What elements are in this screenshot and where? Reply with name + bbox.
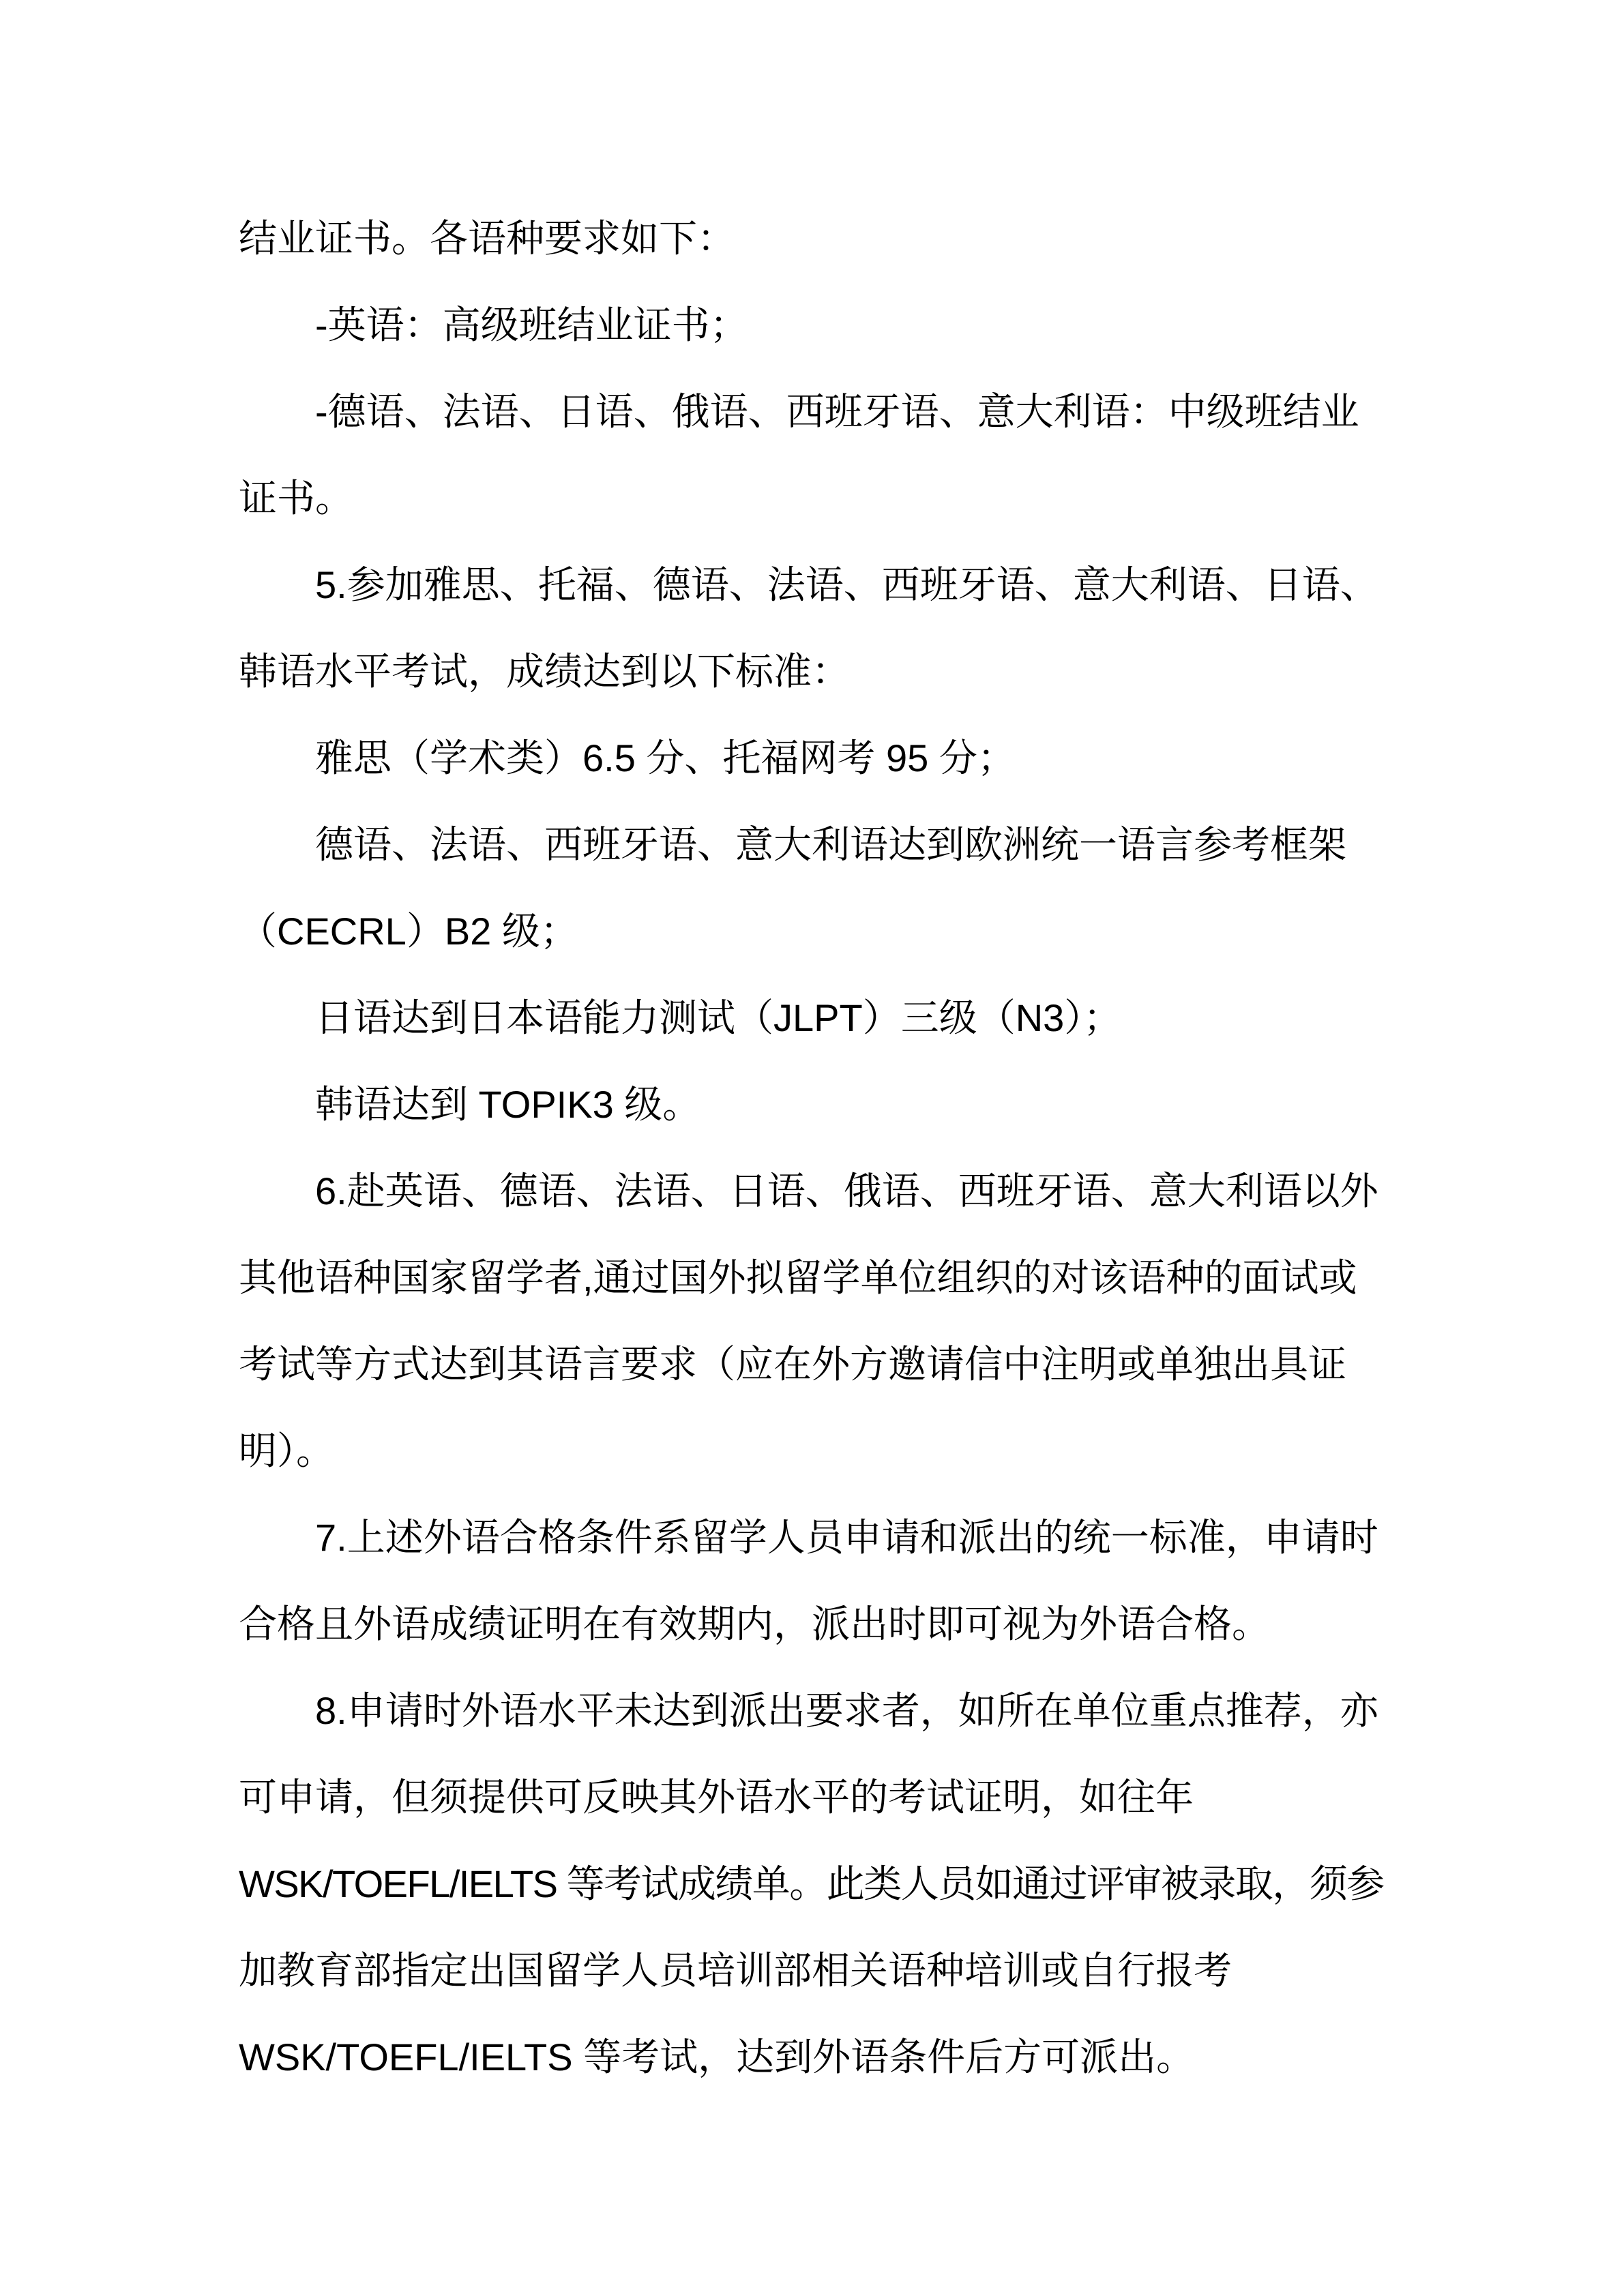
document-line: 6.赴英语、德语、法语、日语、俄语、西班牙语、意大利语以外 — [239, 1148, 1385, 1234]
document-line: 可申请，但须提供可反映其外语水平的考试证明，如往年 — [239, 1754, 1385, 1840]
document-line: 韩语达到 TOPIK3 级。 — [239, 1061, 1385, 1148]
document-line: 结业证书。各语种要求如下： — [239, 195, 1385, 282]
document-line: -英语：高级班结业证书； — [239, 282, 1385, 368]
document-line: 明）。 — [239, 1407, 1385, 1494]
document-line: 证书。 — [239, 455, 1385, 541]
document-line: 考试等方式达到其语言要求（应在外方邀请信中注明或单独出具证 — [239, 1321, 1385, 1407]
document-page: 结业证书。各语种要求如下：-英语：高级班结业证书；-德语、法语、日语、俄语、西班… — [0, 0, 1624, 2296]
document-line: 雅思（学术类）6.5 分、托福网考 95 分； — [239, 715, 1385, 801]
document-line: WSK/TOEFL/IELTS 等考试，达到外语条件后方可派出。 — [239, 2014, 1385, 2100]
document-line: 加教育部指定出国留学人员培训部相关语种培训或自行报考 — [239, 1927, 1385, 2014]
document-line: -德语、法语、日语、俄语、西班牙语、意大利语：中级班结业 — [239, 368, 1385, 455]
document-line: 日语达到日本语能力测试（JLPT）三级（N3）； — [239, 974, 1385, 1061]
document-line: 8.申请时外语水平未达到派出要求者，如所在单位重点推荐，亦 — [239, 1667, 1385, 1754]
document-line: 7.上述外语合格条件系留学人员申请和派出的统一标准，申请时 — [239, 1494, 1385, 1581]
document-line: 其他语种国家留学者,通过国外拟留学单位组织的对该语种的面试或 — [239, 1234, 1385, 1321]
document-line: WSK/TOEFL/IELTS 等考试成绩单。此类人员如通过评审被录取，须参 — [239, 1840, 1385, 1927]
document-line: 德语、法语、西班牙语、意大利语达到欧洲统一语言参考框架 — [239, 801, 1385, 888]
document-line: 合格且外语成绩证明在有效期内，派出时即可视为外语合格。 — [239, 1581, 1385, 1667]
document-content: 结业证书。各语种要求如下：-英语：高级班结业证书；-德语、法语、日语、俄语、西班… — [239, 195, 1385, 2100]
document-line: 韩语水平考试，成绩达到以下标准： — [239, 628, 1385, 715]
document-line: 5.参加雅思、托福、德语、法语、西班牙语、意大利语、日语、 — [239, 541, 1385, 628]
document-line: （CECRL）B2 级； — [239, 888, 1385, 974]
